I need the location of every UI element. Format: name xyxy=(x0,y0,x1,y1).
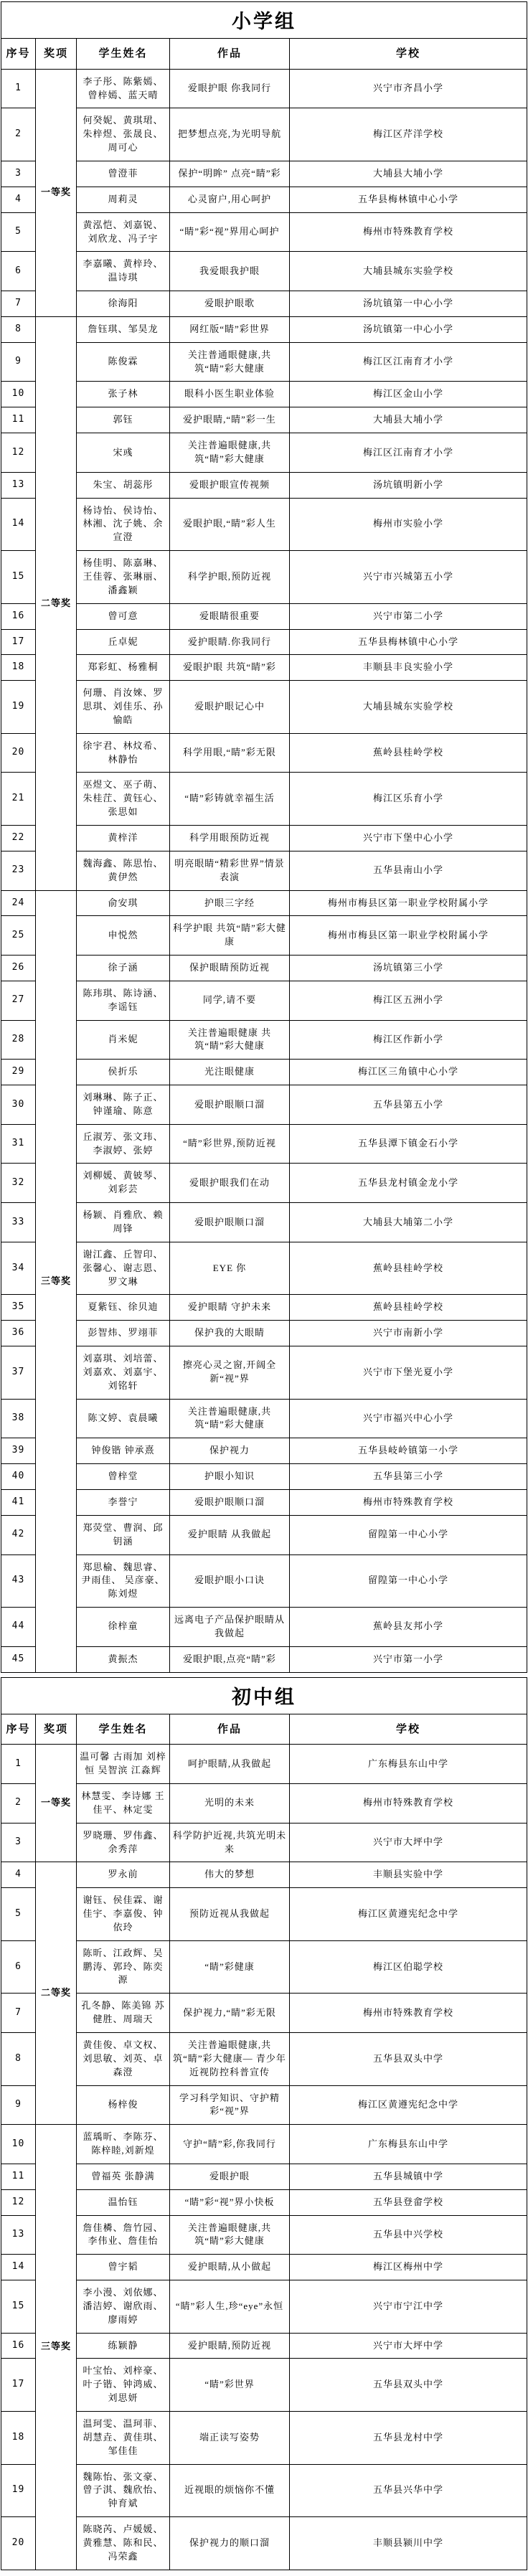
table-row: 31丘淑芳、张文玮、李淑婷、张婷“睛”彩世界,预防近视五华县潭下镇金石小学 xyxy=(1,1124,527,1164)
school-cell: 梅江区江南育才小学 xyxy=(290,433,527,473)
row-number-cell: 15 xyxy=(1,2280,36,2334)
row-number-cell: 4 xyxy=(1,1862,36,1888)
section-title-junior: 初中组 xyxy=(1,1677,527,1714)
student-names-cell: 李嘉曦、黄梓玲、温诗琪 xyxy=(77,252,170,291)
award-cell: 三等奖 xyxy=(36,2125,77,2570)
row-number-cell: 12 xyxy=(1,2189,36,2215)
row-number-cell: 6 xyxy=(1,1940,36,1994)
school-cell: 丰顺县实验中学 xyxy=(290,1862,527,1888)
row-number-cell: 19 xyxy=(1,2464,36,2517)
work-title-cell: “睛”彩世界,预防近视 xyxy=(170,1124,290,1164)
school-cell: 梅江区乐育小学 xyxy=(290,773,527,826)
school-cell: 蕉岭县友邦小学 xyxy=(290,1608,527,1647)
student-names-cell: 黄振杰 xyxy=(77,1646,170,1672)
school-cell: 丰顺县颍川中学 xyxy=(290,2517,527,2570)
work-title-cell: 爱眼护眼顺口溜 xyxy=(170,1489,290,1515)
row-number-cell: 39 xyxy=(1,1438,36,1464)
school-cell: 汤坑镇明新小学 xyxy=(290,472,527,498)
school-cell: 五华县登畲学校 xyxy=(290,2189,527,2215)
school-cell: 梅州市特殊教育学校 xyxy=(290,1994,527,2033)
table-row: 24三等奖俞安琪护眼三字经梅州市梅县区第一职业学校附属小学 xyxy=(1,890,527,916)
school-cell: 梅江区芹洋学校 xyxy=(290,108,527,161)
row-number-cell: 40 xyxy=(1,1464,36,1490)
school-cell: 五华县龙村镇金龙小学 xyxy=(290,1164,527,1203)
work-title-cell: 爱护眼睛,预防近视 xyxy=(170,2333,290,2359)
student-names-cell: 陈晓芮、卢媛媛、黄雅慧、陈和民、冯荣鑫 xyxy=(77,2517,170,2570)
student-names-cell: 何癸妮、黄琪珺、朱梓煜、张晟良、周可心 xyxy=(77,108,170,161)
work-title-cell: 明亮眼睛“精彩世界”情景表演 xyxy=(170,851,290,890)
student-names-cell: 肖米妮 xyxy=(77,1020,170,1060)
header-row: 序号奖项学生姓名作品学校 xyxy=(1,1714,527,1745)
work-title-cell: 把梦想点亮,为光明导航 xyxy=(170,108,290,161)
school-cell: 广东梅县东山中学 xyxy=(290,1745,527,1784)
column-header-1: 奖项 xyxy=(36,1714,77,1745)
table-row: 10张子林眼科小医生职业体验梅江区金山小学 xyxy=(1,382,527,407)
school-cell: 兴宁市福兴中心小学 xyxy=(290,1399,527,1438)
work-title-cell: 关注普遍眼健康,共筑“睛”彩大健康— 青少年近视防控科普宣传 xyxy=(170,2032,290,2085)
student-names-cell: 陈文婷、袁晨曦 xyxy=(77,1399,170,1438)
work-title-cell: 爱眼护眼顺口溜 xyxy=(170,1203,290,1242)
student-names-cell: 彭智炜、罗翊菲 xyxy=(77,1321,170,1346)
school-cell: 兴宁市宁江中学 xyxy=(290,2280,527,2334)
student-names-cell: 陈昕、江政辉、吴鹏涛、郭玲、陈奕源 xyxy=(77,1940,170,1994)
table-row: 26徐子涵保护眼睛预防近视汤坑镇第三小学 xyxy=(1,956,527,981)
table-header-row: 序号奖项学生姓名作品学校 xyxy=(1,1714,527,1745)
work-title-cell: 学习科学知识、守护精彩“视”界 xyxy=(170,2085,290,2125)
column-header-1: 奖项 xyxy=(36,39,77,70)
work-title-cell: “睛”彩铸就幸福生活 xyxy=(170,773,290,826)
table-row: 7孔冬静、陈美锦 苏健胜、周瑞天保护视力,“睛”彩无限梅州市特殊教育学校 xyxy=(1,1994,527,2033)
table-row: 6李嘉曦、黄梓玲、温诗琪我爱眼我护眼大埔县城东实验学校 xyxy=(1,252,527,291)
work-title-cell: 爱护眼睛,从小做起 xyxy=(170,2255,290,2280)
work-title-cell: 爱护眼睛,“睛”彩一生 xyxy=(170,407,290,433)
work-title-cell: 保护视力,“睛”彩无限 xyxy=(170,1994,290,2033)
row-number-cell: 29 xyxy=(1,1060,36,1085)
row-number-cell: 18 xyxy=(1,655,36,681)
school-cell: 五华县兴华中学 xyxy=(290,2464,527,2517)
student-names-cell: 温怡钰 xyxy=(77,2189,170,2215)
work-title-cell: “睛”彩“视”界小快板 xyxy=(170,2189,290,2215)
table-row: 13朱宝、胡蕊彤爱眼护眼宣传视频汤坑镇明新小学 xyxy=(1,472,527,498)
table-row: 30刘琳琳、陈子正、钟谨瑜、陈意爱眼护眼顺口溜五华县第五小学 xyxy=(1,1085,527,1125)
award-cell: 一等奖 xyxy=(36,69,77,316)
table-row: 32刘柳媛、黄铍琴、刘彩芸爱眼护眼我们在动五华县龙村镇金龙小学 xyxy=(1,1164,527,1203)
row-number-cell: 11 xyxy=(1,407,36,433)
work-title-cell: 爱眼睛很重要 xyxy=(170,603,290,629)
student-names-cell: 徐梓童 xyxy=(77,1608,170,1647)
row-number-cell: 25 xyxy=(1,916,36,956)
student-names-cell: 黄梓洋 xyxy=(77,825,170,851)
work-title-cell: EYE 你 xyxy=(170,1242,290,1295)
table-row: 6陈昕、江政辉、吴鹏涛、郭玲、陈奕源“睛”彩健康梅江区伯聪学校 xyxy=(1,1940,527,1994)
row-number-cell: 38 xyxy=(1,1399,36,1438)
work-title-cell: 眼科小医生职业体验 xyxy=(170,382,290,407)
student-names-cell: 申悦然 xyxy=(77,916,170,956)
row-number-cell: 8 xyxy=(1,2032,36,2085)
student-names-cell: 蓝瑀昕、李陈芬、陈梓睦,刘新煌 xyxy=(77,2125,170,2164)
student-names-cell: 何珊、肖汝婡、罗思琪、刘佳乐、孙愉皓 xyxy=(77,681,170,734)
table-row: 9杨梓俊学习科学知识、守护精彩“视”界梅江区黄遵宪纪念中学 xyxy=(1,2085,527,2125)
table-row: 42郑荧堂、曹润、邱钥涵爱护眼睛 从我做起留隍第一中心小学 xyxy=(1,1515,527,1554)
student-names-cell: 练颖静 xyxy=(77,2333,170,2359)
student-names-cell: 魏海鑫、陈思怡、黄伊然 xyxy=(77,851,170,890)
row-number-cell: 20 xyxy=(1,2517,36,2570)
work-title-cell: 科学用眼预防近视 xyxy=(170,825,290,851)
column-header-2: 学生姓名 xyxy=(77,39,170,70)
school-cell: 五华县城镇中学 xyxy=(290,2164,527,2189)
school-cell: 大埔县城东实验学校 xyxy=(290,252,527,291)
row-number-cell: 28 xyxy=(1,1020,36,1060)
student-names-cell: 丘淑芳、张文玮、李淑婷、张婷 xyxy=(77,1124,170,1164)
table-row: 5谢钰、侯佳霖、谢佳宇、李嘉俊、钟依玲预防近视从我做起梅江区黄遵宪纪念中学 xyxy=(1,1888,527,1941)
student-names-cell: 郑荧堂、曹润、邱钥涵 xyxy=(77,1515,170,1554)
row-number-cell: 32 xyxy=(1,1164,36,1203)
row-number-cell: 16 xyxy=(1,2333,36,2359)
school-cell: 梅江区作新小学 xyxy=(290,1020,527,1060)
school-cell: 大埔县大埔小学 xyxy=(290,161,527,187)
school-cell: 丰顺县丰良实验小学 xyxy=(290,655,527,681)
school-cell: 梅江区梅州中学 xyxy=(290,2255,527,2280)
row-number-cell: 20 xyxy=(1,733,36,773)
award-cell: 二等奖 xyxy=(36,316,77,890)
student-names-cell: 谢钰、侯佳霖、谢佳宇、李嘉俊、钟依玲 xyxy=(77,1888,170,1941)
row-number-cell: 9 xyxy=(1,2085,36,2125)
table-row: 4二等奖罗永前伟大的梦想丰顺县实验中学 xyxy=(1,1862,527,1888)
row-number-cell: 36 xyxy=(1,1321,36,1346)
work-title-cell: 爱眼护眼宣传视频 xyxy=(170,472,290,498)
row-number-cell: 15 xyxy=(1,551,36,604)
student-names-cell: 曾可意 xyxy=(77,603,170,629)
student-names-cell: 杨诗怡、侯诗怡、林湘、沈子姚、余宣澄 xyxy=(77,498,170,551)
student-names-cell: 周莉灵 xyxy=(77,187,170,212)
row-number-cell: 35 xyxy=(1,1295,36,1321)
table-row: 34谢江鑫、丘智印、张馨心、谢志恩、罗文琳EYE 你蕉岭县桂岭学校 xyxy=(1,1242,527,1295)
work-title-cell: 网红版“睛”彩世界 xyxy=(170,316,290,342)
column-header-4: 学校 xyxy=(290,1714,527,1745)
student-names-cell: 宋彧 xyxy=(77,433,170,473)
row-number-cell: 45 xyxy=(1,1646,36,1672)
school-cell: 五华县双头中学 xyxy=(290,2032,527,2085)
row-number-cell: 1 xyxy=(1,1745,36,1784)
student-names-cell: 谢江鑫、丘智印、张馨心、谢志恩、罗文琳 xyxy=(77,1242,170,1295)
student-names-cell: 郑思榆、魏思睿、尹雨佳、 吴彦豪、陈刘煜 xyxy=(77,1554,170,1608)
row-number-cell: 22 xyxy=(1,825,36,851)
table-row: 19魏陈怡、张文豪、曾子淇、魏欣怡、钟育斌近视眼的烦恼你不懂五华县兴华中学 xyxy=(1,2464,527,2517)
school-cell: 梅江区三角镇中心小学 xyxy=(290,1060,527,1085)
work-title-cell: 爱眼护眼,“睛”彩人生 xyxy=(170,498,290,551)
school-cell: 五华县双头中学 xyxy=(290,2359,527,2412)
student-names-cell: 曾宇韬 xyxy=(77,2255,170,2280)
student-names-cell: 孔冬静、陈美锦 苏健胜、周瑞天 xyxy=(77,1994,170,2033)
student-names-cell: 夏紫钰、徐贝迪 xyxy=(77,1295,170,1321)
work-title-cell: 端正读写姿势 xyxy=(170,2412,290,2465)
work-title-cell: 保护眼睛预防近视 xyxy=(170,956,290,981)
work-title-cell: 爱眼护眼顺口溜 xyxy=(170,1085,290,1125)
work-title-cell: 护眼三字经 xyxy=(170,890,290,916)
student-names-cell: 魏陈怡、张文豪、曾子淇、魏欣怡、钟育斌 xyxy=(77,2464,170,2517)
table-header-row: 序号奖项学生姓名作品学校 xyxy=(1,39,527,70)
school-cell: 五华县第三小学 xyxy=(290,1464,527,1490)
work-title-cell: “睛”彩健康 xyxy=(170,1940,290,1994)
school-cell: 汤坑镇第一中心小学 xyxy=(290,316,527,342)
row-number-cell: 13 xyxy=(1,2215,36,2255)
table-row: 1一等奖李子彤、陈紫嫣、曾梓嫣、蓝天晴爱眼护眼 你我同行兴宁市齐昌小学 xyxy=(1,69,527,108)
work-title-cell: 爱眼护眼记心中 xyxy=(170,681,290,734)
award-cell: 二等奖 xyxy=(36,1862,77,2125)
row-number-cell: 16 xyxy=(1,603,36,629)
student-names-cell: 郑彩虹、杨雅桐 xyxy=(77,655,170,681)
student-names-cell: 丘卓妮 xyxy=(77,629,170,655)
work-title-cell: 关注普遍眼健康,共筑“睛”彩大健康 xyxy=(170,2215,290,2255)
table-row: 5黄泓恺、刘嘉锐、 刘欣龙、冯子宇“睛”彩“视”界用心呵护梅州市特殊教育学校 xyxy=(1,212,527,252)
school-cell: 蕉岭县桂岭学校 xyxy=(290,1295,527,1321)
row-number-cell: 37 xyxy=(1,1346,36,1400)
column-header-2: 学生姓名 xyxy=(77,1714,170,1745)
column-header-3: 作品 xyxy=(170,39,290,70)
column-header-0: 序号 xyxy=(1,1714,36,1745)
row-number-cell: 31 xyxy=(1,1124,36,1164)
student-names-cell: 朱宝、胡蕊彤 xyxy=(77,472,170,498)
school-cell: 梅江区江南育才小学 xyxy=(290,342,527,382)
table-row: 15李小漫、刘依娜、潘洁婷、谢欣雨、廖雨婷“睛”彩人生,珍“eye”永恒兴宁市宁… xyxy=(1,2280,527,2334)
work-title-cell: 我爱眼我护眼 xyxy=(170,252,290,291)
table-row: 14曾宇韬爱护眼睛,从小做起梅江区梅州中学 xyxy=(1,2255,527,2280)
table-row: 41李誉宁爱眼护眼顺口溜梅州市特殊教育学校 xyxy=(1,1489,527,1515)
student-names-cell: 詹佳橉、詹竹园、李伟业、詹佳怡 xyxy=(77,2215,170,2255)
table-row: 25申悦然科学护眼 共筑“睛”彩大健康梅州市梅县区第一职业学校附属小学 xyxy=(1,916,527,956)
table-row: 37刘嘉琪、刘培蕾、刘嘉欢、刘嘉宇、刘铭轩擦亮心灵之窗,开阔全新“视”界兴宁市下… xyxy=(1,1346,527,1400)
table-row: 12温怡钰“睛”彩“视”界小快板五华县登畲学校 xyxy=(1,2189,527,2215)
row-number-cell: 44 xyxy=(1,1608,36,1647)
student-names-cell: 曾福英 张静满 xyxy=(77,2164,170,2189)
student-names-cell: 黄佳俊、卓文权、刘思敏、刘英、卓森澄 xyxy=(77,2032,170,2085)
work-title-cell: 爱眼护眼小口诀 xyxy=(170,1554,290,1608)
student-names-cell: 李誉宁 xyxy=(77,1489,170,1515)
row-number-cell: 27 xyxy=(1,981,36,1020)
student-names-cell: 俞安琪 xyxy=(77,890,170,916)
school-cell: 大埔县大埔小学 xyxy=(290,407,527,433)
work-title-cell: 远离电子产品保护眼睛从我做起 xyxy=(170,1608,290,1647)
school-cell: 五华县中兴学校 xyxy=(290,2215,527,2255)
row-number-cell: 43 xyxy=(1,1554,36,1608)
table-row: 13詹佳橉、詹竹园、李伟业、詹佳怡关注普遍眼健康,共筑“睛”彩大健康五华县中兴学… xyxy=(1,2215,527,2255)
student-names-cell: 杨梓俊 xyxy=(77,2085,170,2125)
work-title-cell: 爱眼护眼 共筑“睛”彩 xyxy=(170,655,290,681)
work-title-cell: 近视眼的烦恼你不懂 xyxy=(170,2464,290,2517)
work-title-cell: 爱眼护眼,点亮“睛”彩 xyxy=(170,1646,290,1672)
work-title-cell: 爱眼护眼歌 xyxy=(170,291,290,317)
work-title-cell: 科学用眼,“睛”彩无限 xyxy=(170,733,290,773)
table-row: 12宋彧关注普遍眼健康,共筑“睛”彩大健康梅江区江南育才小学 xyxy=(1,433,527,473)
table-row: 11郭钰爱护眼睛,“睛”彩一生大埔县大埔小学 xyxy=(1,407,527,433)
table-row: 8二等奖詹钰琪、邹昊龙网红版“睛”彩世界汤坑镇第一中心小学 xyxy=(1,316,527,342)
student-names-cell: 徐海阳 xyxy=(77,291,170,317)
row-number-cell: 5 xyxy=(1,212,36,252)
junior-high-award-table: 序号奖项学生姓名作品学校 1一等奖温可馨 古雨加 刘梓恒 吴智滨 江淼辉呵护眼睛… xyxy=(1,1714,527,2570)
work-title-cell: 心灵窗户,用心呵护 xyxy=(170,187,290,212)
table-row: 17叶宝怡、刘梓豪、叶子锴、钟鸿威、刘思妍“睛”彩世界五华县双头中学 xyxy=(1,2359,527,2412)
table-row: 2何癸妮、黄琪珺、朱梓煜、张晟良、周可心把梦想点亮,为光明导航梅江区芹洋学校 xyxy=(1,108,527,161)
school-cell: 梅江区黄遵宪纪念中学 xyxy=(290,1888,527,1941)
school-cell: 大埔县大埔第二小学 xyxy=(290,1203,527,1242)
school-cell: 梅州市梅县区第一职业学校附属小学 xyxy=(290,916,527,956)
section-title-primary: 小学组 xyxy=(1,1,527,38)
work-title-cell: 保护视力 xyxy=(170,1438,290,1464)
row-number-cell: 2 xyxy=(1,1784,36,1824)
work-title-cell: 光注眼健康 xyxy=(170,1060,290,1085)
table-row: 44徐梓童远离电子产品保护眼睛从我做起蕉岭县友邦小学 xyxy=(1,1608,527,1647)
table-row: 36彭智炜、罗翊菲保护我的大眼睛兴宁市南新小学 xyxy=(1,1321,527,1346)
row-number-cell: 24 xyxy=(1,890,36,916)
row-number-cell: 12 xyxy=(1,433,36,473)
row-number-cell: 14 xyxy=(1,498,36,551)
student-names-cell: 徐宇君、林炆希、林静怡 xyxy=(77,733,170,773)
table-row: 11曾福英 张静满爱眼护眼五华县城镇中学 xyxy=(1,2164,527,2189)
row-number-cell: 10 xyxy=(1,2125,36,2164)
work-title-cell: 护眼小知识 xyxy=(170,1464,290,1490)
table-row: 14杨诗怡、侯诗怡、林湘、沈子姚、余宣澄爱眼护眼,“睛”彩人生梅州市实验小学 xyxy=(1,498,527,551)
school-cell: 兴宁市第一小学 xyxy=(290,1646,527,1672)
award-document: 小学组 序号奖项学生姓名作品学校 1一等奖李子彤、陈紫嫣、曾梓嫣、蓝天晴爱眼护眼… xyxy=(0,0,528,2576)
school-cell: 兴宁市下堡中心小学 xyxy=(290,825,527,851)
row-number-cell: 9 xyxy=(1,342,36,382)
table-row: 20徐宇君、林炆希、林静怡科学用眼,“睛”彩无限蕉岭县桂岭学校 xyxy=(1,733,527,773)
column-header-4: 学校 xyxy=(290,39,527,70)
school-cell: 兴宁市南新小学 xyxy=(290,1321,527,1346)
school-cell: 汤坑镇第三小学 xyxy=(290,956,527,981)
school-cell: 蕉岭县桂岭学校 xyxy=(290,1242,527,1295)
student-names-cell: 张子林 xyxy=(77,382,170,407)
award-cell: 一等奖 xyxy=(36,1745,77,1862)
row-number-cell: 5 xyxy=(1,1888,36,1941)
table-row: 27陈玮琪、陈诗涵、李谣钰同学,请不要梅江区五洲小学 xyxy=(1,981,527,1020)
school-cell: 五华县岐岭镇第一小学 xyxy=(290,1438,527,1464)
row-number-cell: 6 xyxy=(1,252,36,291)
student-names-cell: 侯折乐 xyxy=(77,1060,170,1085)
student-names-cell: 刘琳琳、陈子正、钟谨瑜、陈意 xyxy=(77,1085,170,1125)
school-cell: 留隍第一中心小学 xyxy=(290,1554,527,1608)
student-names-cell: 钟俊锴 钟承熹 xyxy=(77,1438,170,1464)
row-number-cell: 14 xyxy=(1,2255,36,2280)
row-number-cell: 7 xyxy=(1,1994,36,2033)
school-cell: 汤坑镇第一中心小学 xyxy=(290,291,527,317)
student-names-cell: 郭钰 xyxy=(77,407,170,433)
work-title-cell: 呵护眼睛,从我做起 xyxy=(170,1745,290,1784)
school-cell: 梅江区五洲小学 xyxy=(290,981,527,1020)
school-cell: 五华县第五小学 xyxy=(290,1085,527,1125)
school-cell: 五华县龙村中学 xyxy=(290,2412,527,2465)
header-row: 序号奖项学生姓名作品学校 xyxy=(1,39,527,70)
table-row: 18温珂雯、温珂菲、胡慧垚、黄佳琪、邹佳佳端正读写姿势五华县龙村中学 xyxy=(1,2412,527,2465)
table-row: 8黄佳俊、卓文权、刘思敏、刘英、卓森澄关注普遍眼健康,共筑“睛”彩大健康— 青少… xyxy=(1,2032,527,2085)
student-names-cell: 叶宝怡、刘梓豪、叶子锴、钟鸿威、刘思妍 xyxy=(77,2359,170,2412)
table-row: 18郑彩虹、杨雅桐爱眼护眼 共筑“睛”彩丰顺县丰良实验小学 xyxy=(1,655,527,681)
row-number-cell: 19 xyxy=(1,681,36,734)
student-names-cell: 李子彤、陈紫嫣、曾梓嫣、蓝天晴 xyxy=(77,69,170,108)
row-number-cell: 26 xyxy=(1,956,36,981)
row-number-cell: 23 xyxy=(1,851,36,890)
table-row: 3罗晓珊、罗伟鑫、余秀萍科学防护近视,共筑光明未来兴宁市大坪中学 xyxy=(1,1823,527,1862)
table-row: 21巫煜文、巫子萌、朱桂茳、黄钰心、张思如“睛”彩铸就幸福生活梅江区乐育小学 xyxy=(1,773,527,826)
table-row: 1一等奖温可馨 古雨加 刘梓恒 吴智滨 江淼辉呵护眼睛,从我做起广东梅县东山中学 xyxy=(1,1745,527,1784)
school-cell: 兴宁市大坪中学 xyxy=(290,2333,527,2359)
work-title-cell: “睛”彩人生,珍“eye”永恒 xyxy=(170,2280,290,2334)
table-row: 29侯折乐光注眼健康梅江区三角镇中心小学 xyxy=(1,1060,527,1085)
student-names-cell: 温可馨 古雨加 刘梓恒 吴智滨 江淼辉 xyxy=(77,1745,170,1784)
row-number-cell: 3 xyxy=(1,1823,36,1862)
work-title-cell: 爱护眼睛 从我做起 xyxy=(170,1515,290,1554)
student-names-cell: 罗永前 xyxy=(77,1862,170,1888)
work-title-cell: 保护视力的顺口溜 xyxy=(170,2517,290,2570)
student-names-cell: 李小漫、刘依娜、潘洁婷、谢欣雨、廖雨婷 xyxy=(77,2280,170,2334)
school-cell: 兴宁市下堡光夏小学 xyxy=(290,1346,527,1400)
student-names-cell: 杨佳明、陈嘉琳、王佳蓉、张琳丽、潘鑫颖 xyxy=(77,551,170,604)
work-title-cell: 预防近视从我做起 xyxy=(170,1888,290,1941)
work-title-cell: 爱眼护眼我们在动 xyxy=(170,1164,290,1203)
student-names-cell: 刘嘉琪、刘培蕾、刘嘉欢、刘嘉宇、刘铭轩 xyxy=(77,1346,170,1400)
work-title-cell: 同学,请不要 xyxy=(170,981,290,1020)
table-row: 35夏紫钰、徐贝迪爱护眼睛 守护未来蕉岭县桂岭学校 xyxy=(1,1295,527,1321)
work-title-cell: “睛”彩世界 xyxy=(170,2359,290,2412)
student-names-cell: 罗晓珊、罗伟鑫、余秀萍 xyxy=(77,1823,170,1862)
school-cell: 梅江区金山小学 xyxy=(290,382,527,407)
student-names-cell: 陈俊霖 xyxy=(77,342,170,382)
school-cell: 兴宁市大坪中学 xyxy=(290,1823,527,1862)
table-row: 20陈晓芮、卢媛媛、黄雅慧、陈和民、冯荣鑫保护视力的顺口溜丰顺县颍川中学 xyxy=(1,2517,527,2570)
school-cell: 梅州市特殊教育学校 xyxy=(290,212,527,252)
school-cell: 大埔县城东实验学校 xyxy=(290,681,527,734)
school-cell: 五华县梅林镇中心小学 xyxy=(290,187,527,212)
table-row: 40曾梓堂护眼小知识五华县第三小学 xyxy=(1,1464,527,1490)
award-cell: 三等奖 xyxy=(36,890,77,1672)
row-number-cell: 11 xyxy=(1,2164,36,2189)
work-title-cell: 光明的未来 xyxy=(170,1784,290,1824)
work-title-cell: 擦亮心灵之窗,开阔全新“视”界 xyxy=(170,1346,290,1400)
student-names-cell: 杨颖、肖雅欣、赖周锋 xyxy=(77,1203,170,1242)
school-cell: 蕉岭县桂岭学校 xyxy=(290,733,527,773)
work-title-cell: “睛”彩“视”界用心呵护 xyxy=(170,212,290,252)
table-row: 15杨佳明、陈嘉琳、王佳蓉、张琳丽、潘鑫颖科学护眼,预防近视兴宁市兴城第五小学 xyxy=(1,551,527,604)
work-title-cell: 伟大的梦想 xyxy=(170,1862,290,1888)
work-title-cell: 爱护眼睛.你我同行 xyxy=(170,629,290,655)
student-names-cell: 巫煜文、巫子萌、朱桂茳、黄钰心、张思如 xyxy=(77,773,170,826)
school-cell: 五华县南山小学 xyxy=(290,851,527,890)
school-cell: 梅州市梅县区第一职业学校附属小学 xyxy=(290,890,527,916)
table-row: 28肖米妮关注普遍眼健康 共筑“睛”彩大健康梅江区作新小学 xyxy=(1,1020,527,1060)
school-cell: 梅州市特殊教育学校 xyxy=(290,1489,527,1515)
work-title-cell: 科学护眼 共筑“睛”彩大健康 xyxy=(170,916,290,956)
work-title-cell: 科学防护近视,共筑光明未来 xyxy=(170,1823,290,1862)
row-number-cell: 18 xyxy=(1,2412,36,2465)
row-number-cell: 30 xyxy=(1,1085,36,1125)
table-row: 9陈俊霖关注普通眼健康,共筑“睛”彩大健康梅江区江南育才小学 xyxy=(1,342,527,382)
table-row: 33杨颖、肖雅欣、赖周锋爱眼护眼顺口溜大埔县大埔第二小学 xyxy=(1,1203,527,1242)
table-row: 19何珊、肖汝婡、罗思琪、刘佳乐、孙愉皓爱眼护眼记心中大埔县城东实验学校 xyxy=(1,681,527,734)
row-number-cell: 2 xyxy=(1,108,36,161)
work-title-cell: 关注普遍眼健康,共筑“睛”彩大健康 xyxy=(170,1399,290,1438)
student-names-cell: 刘柳媛、黄铍琴、刘彩芸 xyxy=(77,1164,170,1203)
student-names-cell: 徐子涵 xyxy=(77,956,170,981)
work-title-cell: 爱眼护眼 你我同行 xyxy=(170,69,290,108)
row-number-cell: 7 xyxy=(1,291,36,317)
row-number-cell: 1 xyxy=(1,69,36,108)
school-cell: 五华县潭下镇金石小学 xyxy=(290,1124,527,1164)
school-cell: 兴宁市兴城第五小学 xyxy=(290,551,527,604)
row-number-cell: 17 xyxy=(1,629,36,655)
school-cell: 广东梅县东山中学 xyxy=(290,2125,527,2164)
row-number-cell: 21 xyxy=(1,773,36,826)
junior-high-section: 初中组 序号奖项学生姓名作品学校 1一等奖温可馨 古雨加 刘梓恒 吴智滨 江淼辉… xyxy=(1,1677,527,2570)
